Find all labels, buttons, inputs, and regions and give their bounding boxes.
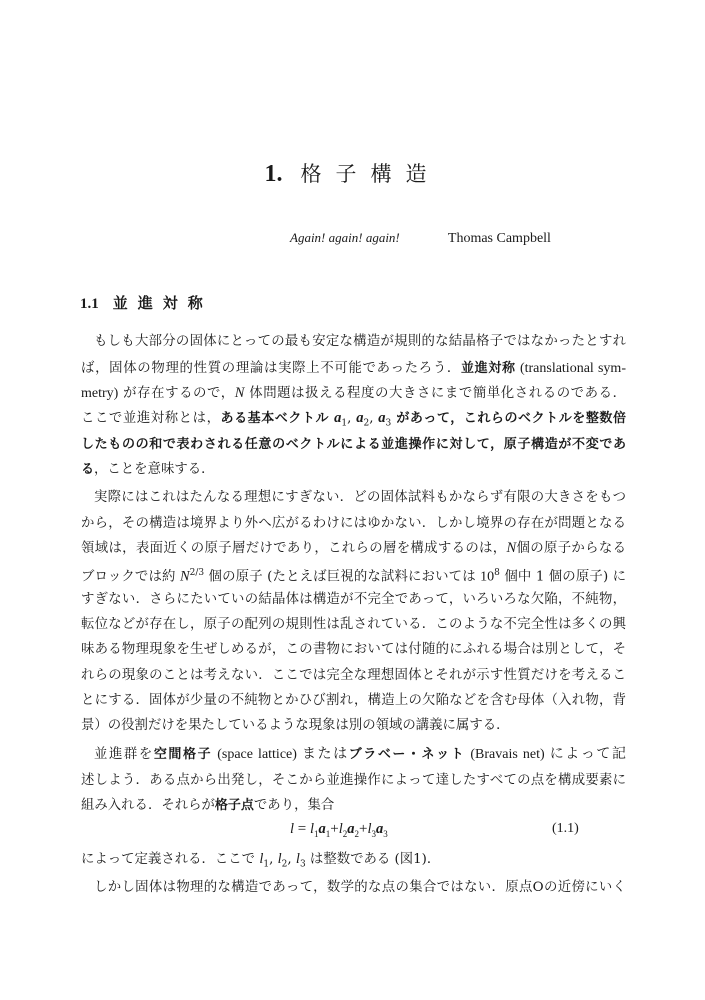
text-span: 組み入れる．それらが bbox=[81, 798, 215, 813]
bold-term: 空間格子 bbox=[154, 747, 212, 762]
text-span: 転位などが存在し，原子の配列の規則性は乱されている．このような不完全性は多くの興 bbox=[81, 617, 626, 632]
text-span: 実際にはこれはたんなる理想にすぎない．どの固体試料もかならず有限の大きさをもつ bbox=[94, 490, 626, 505]
chapter-number: 1. bbox=[265, 161, 283, 187]
text-span: しかし固体は物理的な構造であって，数学的な点の集合ではない．原点Oの近傍にいく bbox=[94, 880, 626, 895]
text-line: ここで並進対称とは，ある基本ベクトル a1, a2, a3 があって，これらのベ… bbox=[81, 410, 626, 433]
superscript: 2/3 bbox=[190, 568, 204, 578]
text-span: (translational sym- bbox=[516, 361, 626, 376]
text-span: (space lattice) または bbox=[212, 747, 349, 762]
text-line: もしも大部分の固体にとっての最も安定な構造が規則的な結晶格子ではなかったとすれ bbox=[81, 333, 626, 350]
text-span: 述しよう．ある点から出発し，そこから並進操作によって達したすべての点を構成要素に bbox=[81, 773, 626, 788]
section-number: 1.1 bbox=[80, 296, 99, 312]
text-span: 領域は，表面近くの原子層だけであり，これらの層を構成するのは， bbox=[81, 541, 507, 556]
number: 10 bbox=[480, 569, 494, 584]
text-span: , bbox=[347, 411, 356, 426]
bold-term: る bbox=[81, 462, 94, 477]
epigraph-author: Thomas Campbell bbox=[448, 231, 551, 246]
section-heading: 1.1並進対称 bbox=[80, 292, 213, 313]
chapter-title: 1.格子構造 bbox=[0, 158, 705, 188]
text-span: 個中 1 個の原子) に bbox=[500, 569, 626, 584]
text-span: metry) bbox=[81, 386, 118, 401]
text-span: ここで並進対称とは， bbox=[81, 411, 221, 426]
text-span: , bbox=[369, 411, 378, 426]
math-operator: = bbox=[294, 821, 310, 837]
text-line: したものの和で表わされる任意のベクトルによる並進操作に対して，原子構造が不変であ bbox=[81, 436, 626, 453]
math-operator: + bbox=[359, 821, 367, 837]
text-line: しかし固体は物理的な構造であって，数学的な点の集合ではない．原点Oの近傍にいく bbox=[81, 879, 626, 896]
math-symbol: N bbox=[235, 385, 245, 401]
text-span: は整数である (図1)． bbox=[306, 852, 441, 867]
section-title: 並進対称 bbox=[113, 294, 213, 312]
bold-term: ブラベー・ネット bbox=[349, 747, 466, 762]
text-line: によって定義される．ここで l1, l2, l3 は整数である (図1)． bbox=[81, 851, 626, 874]
text-line: 述しよう．ある点から出発し，そこから並進操作によって達したすべての点を構成要素に bbox=[81, 772, 626, 789]
text-span: すぎない．さらにたいていの結晶体は構造が不完全であって，いろいろな欠陥，不純物， bbox=[81, 592, 626, 607]
text-span: ブロックでは約 bbox=[81, 569, 180, 584]
text-span: から，その構造は境界より外へ広がるわけにはゆかない．しかし境界の存在が問題となる bbox=[81, 516, 626, 531]
text-span: ，ことを意味する． bbox=[94, 462, 215, 477]
text-line: 領域は，表面近くの原子層だけであり，これらの層を構成するのは，N個の原子からなる bbox=[81, 540, 626, 557]
math-operator: + bbox=[330, 821, 338, 837]
text-span: 体問題は扱える程度の大きさにまで簡単化されるのである． bbox=[244, 386, 626, 401]
text-line: とにする．固体が少量の不純物とかひび割れ，構造上の欠陥などを含む母体（入れ物，背 bbox=[81, 692, 626, 709]
text-span: 個の原子からなる bbox=[516, 541, 626, 556]
bold-term: ある基本ベクトル bbox=[221, 411, 335, 426]
text-span: (Bravais net) によって記 bbox=[465, 747, 626, 762]
text-line: る，ことを意味する． bbox=[81, 461, 626, 478]
math-symbol: a bbox=[378, 410, 385, 426]
text-span: , bbox=[287, 852, 296, 867]
text-line: metry) が存在するので，N 体問題は扱える程度の大きさにまで簡単化されるの… bbox=[81, 385, 626, 402]
text-line: 並進群を空間格子 (space lattice) またはブラベー・ネット (Br… bbox=[81, 746, 626, 763]
text-span: 個の原子 (たとえば巨視的な試料においては bbox=[204, 569, 480, 584]
text-line: から，その構造は境界より外へ広がるわけにはゆかない．しかし境界の存在が問題となる bbox=[81, 515, 626, 532]
math-symbol: a bbox=[319, 821, 326, 837]
text-span: もしも大部分の固体にとっての最も安定な構造が規則的な結晶格子ではなかったとすれ bbox=[94, 334, 626, 349]
document-page: 1.格子構造 Again! again! again! Thomas Campb… bbox=[0, 0, 705, 1000]
equation-number: (1.1) bbox=[552, 821, 579, 837]
bold-term: 並進対称 bbox=[461, 361, 516, 376]
equation-1-1: l = l1a1+l2a2+l3a3 bbox=[290, 821, 388, 839]
text-span: であり，集合 bbox=[254, 798, 334, 813]
epigraph-quote: Again! again! again! bbox=[290, 230, 400, 245]
text-span: とにする．固体が少量の不純物とかひび割れ，構造上の欠陥などを含む母体（入れ物，背 bbox=[81, 693, 626, 708]
math-symbol: N bbox=[507, 540, 517, 556]
math-symbol: a bbox=[347, 821, 354, 837]
bold-term: したものの和で表わされる任意のベクトルによる並進操作に対して，原子構造が不変であ bbox=[81, 437, 626, 452]
text-line: 味ある物理現象を生ぜしめるが，この書物においては付随的にふれる場合は別として，そ bbox=[81, 641, 626, 658]
text-line: 実際にはこれはたんなる理想にすぎない．どの固体試料もかならず有限の大きさをもつ bbox=[81, 489, 626, 506]
epigraph: Again! again! again! Thomas Campbell bbox=[290, 230, 551, 247]
text-line: 転位などが存在し，原子の配列の規則性は乱されている．このような不完全性は多くの興 bbox=[81, 616, 626, 633]
bold-term: 格子点 bbox=[215, 798, 254, 813]
text-span: が存在するので， bbox=[118, 386, 234, 401]
text-span: れらの現象のことは考えない．ここでは完全な理想固体とそれが示す性質だけを考えるこ bbox=[81, 668, 626, 683]
text-span: 味ある物理現象を生ぜしめるが，この書物においては付随的にふれる場合は別として，そ bbox=[81, 642, 626, 657]
bold-term: があって，これらのベクトルを整数倍 bbox=[391, 411, 626, 426]
text-line: ブロックでは約 N2/3 個の原子 (たとえば巨視的な試料においては 108 個… bbox=[81, 565, 626, 585]
chapter-title-text: 格子構造 bbox=[301, 162, 441, 186]
text-span: 景）の役割だけを果たしているような現象は別の領域の講義に属する． bbox=[81, 718, 510, 733]
text-span: ば，固体の物理的性質の理論は実際上不可能であったろう． bbox=[81, 361, 461, 376]
text-line: 景）の役割だけを果たしているような現象は別の領域の講義に属する． bbox=[81, 717, 626, 734]
text-line: 組み入れる．それらが格子点であり，集合 bbox=[81, 797, 626, 814]
text-line: れらの現象のことは考えない．ここでは完全な理想固体とそれが示す性質だけを考えるこ bbox=[81, 667, 626, 684]
math-symbol: N bbox=[180, 568, 190, 584]
text-span: , bbox=[269, 852, 278, 867]
text-line: すぎない．さらにたいていの結晶体は構造が不完全であって，いろいろな欠陥，不純物， bbox=[81, 591, 626, 608]
subscript: 3 bbox=[383, 829, 388, 839]
text-span: によって定義される．ここで bbox=[81, 852, 259, 867]
text-line: ば，固体の物理的性質の理論は実際上不可能であったろう．並進対称 (transla… bbox=[81, 360, 626, 377]
text-span: 並進群を bbox=[94, 747, 154, 762]
